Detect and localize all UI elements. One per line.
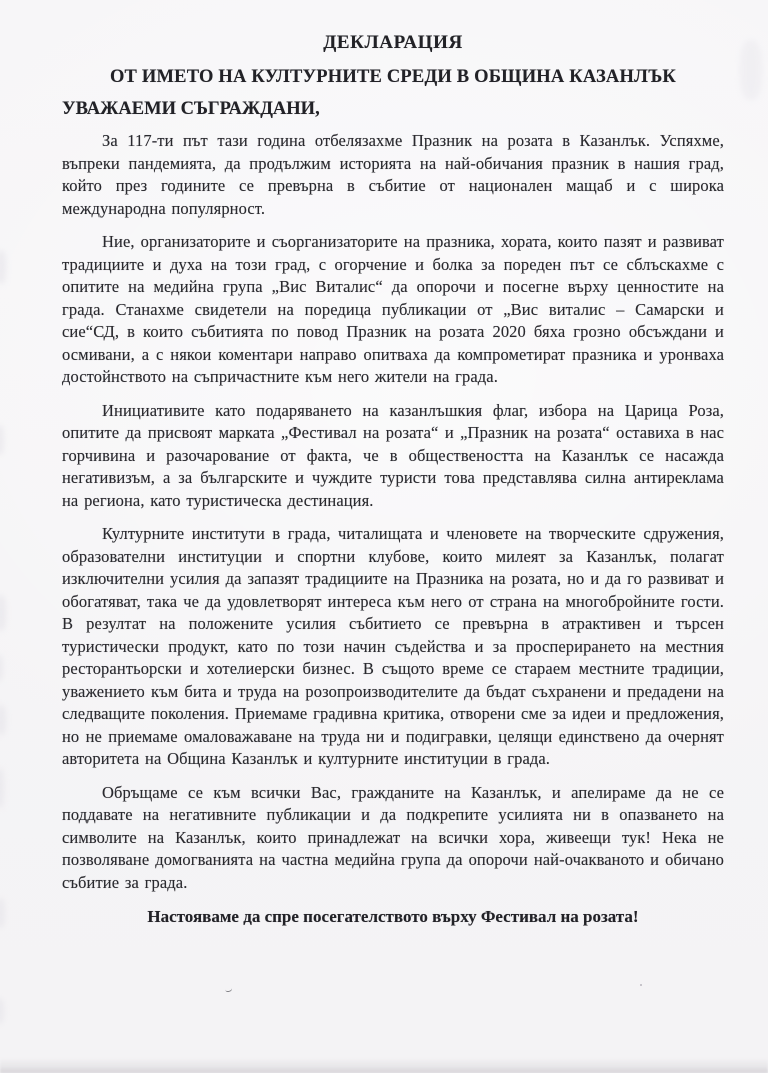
dot-speck: [640, 984, 642, 986]
document-content: ДЕКЛАРАЦИЯ ОТ ИМЕТО НА КУЛТУРНИТЕ СРЕДИ …: [62, 30, 724, 928]
page-bottom-edge-shadow: [0, 1058, 768, 1074]
paragraph-2: Ние, организаторите и съорганизаторите н…: [62, 231, 724, 389]
salutation: УВАЖАЕМИ СЪГРАЖДАНИ,: [62, 96, 724, 122]
closing-statement: Настояваме да спре посегателството върху…: [62, 905, 724, 928]
scan-smudge: [0, 595, 6, 631]
paragraph-1: За 117-ти път тази година отбелязахме Пр…: [62, 130, 724, 220]
paragraph-3: Инициативите като подаряването на казанл…: [62, 400, 724, 513]
document-subtitle: ОТ ИМЕТО НА КУЛТУРНИТЕ СРЕДИ В ОБЩИНА КА…: [62, 64, 724, 90]
document-title: ДЕКЛАРАЦИЯ: [62, 30, 724, 56]
scanner-background: [0, 1073, 768, 1086]
scan-smudge: [740, 40, 762, 100]
paragraph-4: Културните институти в града, читалищата…: [62, 523, 724, 771]
scan-smudge: [0, 250, 6, 284]
paragraph-5: Обръщаме се към всички Вас, гражданите н…: [62, 782, 724, 895]
scan-smudge: [0, 705, 6, 735]
scanned-page: ДЕКЛАРАЦИЯ ОТ ИМЕТО НА КУЛТУРНИТЕ СРЕДИ …: [0, 0, 768, 1086]
